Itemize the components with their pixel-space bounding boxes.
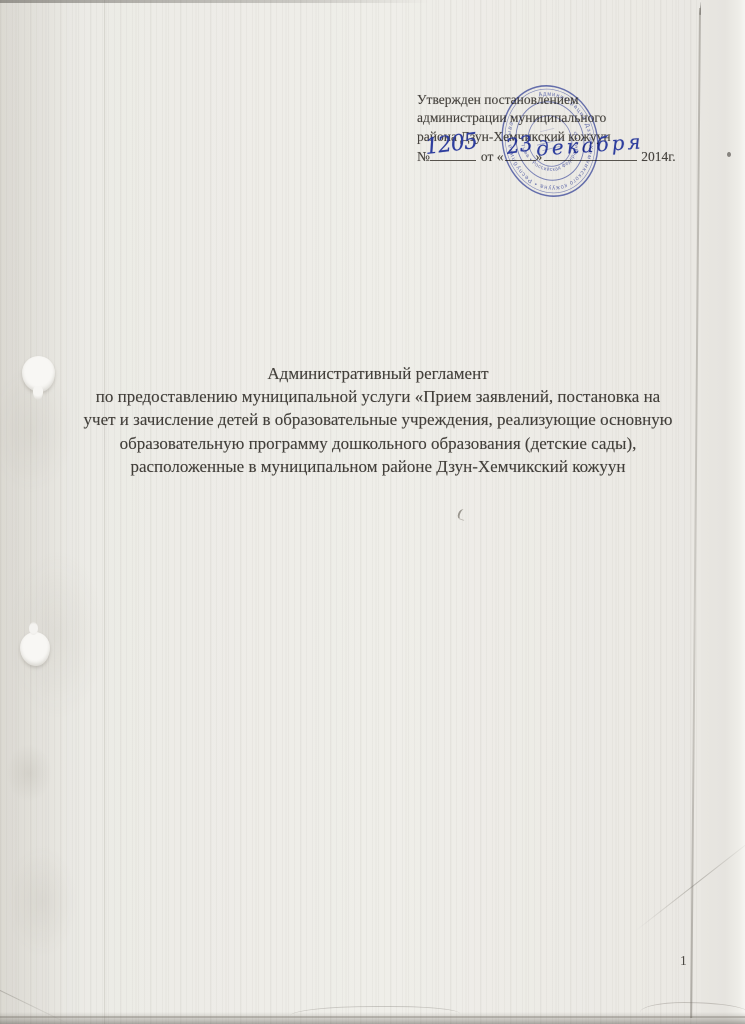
scanned-page: Утвержден постановлением администрации м… (0, 0, 745, 1024)
ink-dot-stain (727, 152, 731, 157)
stamp-center-marks (534, 127, 565, 152)
title-line-2: по предоставлению муниципальной услуги «… (20, 385, 736, 408)
official-stamp-seal: Администрация Дзун-Хемчикского кожууна •… (495, 76, 605, 206)
number-blank: 1205 (430, 147, 476, 161)
left-edge-texture (0, 0, 105, 1024)
handwritten-number: 1205 (424, 133, 478, 157)
stamp-outer-ring-text: Администрация Дзун-Хемчикского кожууна •… (497, 82, 604, 200)
gray-smudge (6, 744, 52, 802)
title-line-4: образовательную программу дошкольного об… (20, 432, 736, 455)
title-line-1: Административный регламент (20, 362, 736, 385)
year-suffix: 2014г. (641, 149, 675, 164)
top-edge-shadow (0, 0, 430, 3)
title-line-5: расположенные в муниципальном районе Дзу… (20, 455, 736, 478)
page-number: 1 (680, 953, 687, 969)
stamp-inner-ring-text: Тыва • Российская Федерация • Респ. (519, 129, 587, 179)
paper-blemish-lower (20, 632, 50, 666)
title-line-3: учет и зачисление детей в образовательны… (20, 408, 736, 431)
scanner-margin-strip (701, 0, 745, 1024)
document-title-block: Административный регламент по предоставл… (20, 362, 736, 478)
